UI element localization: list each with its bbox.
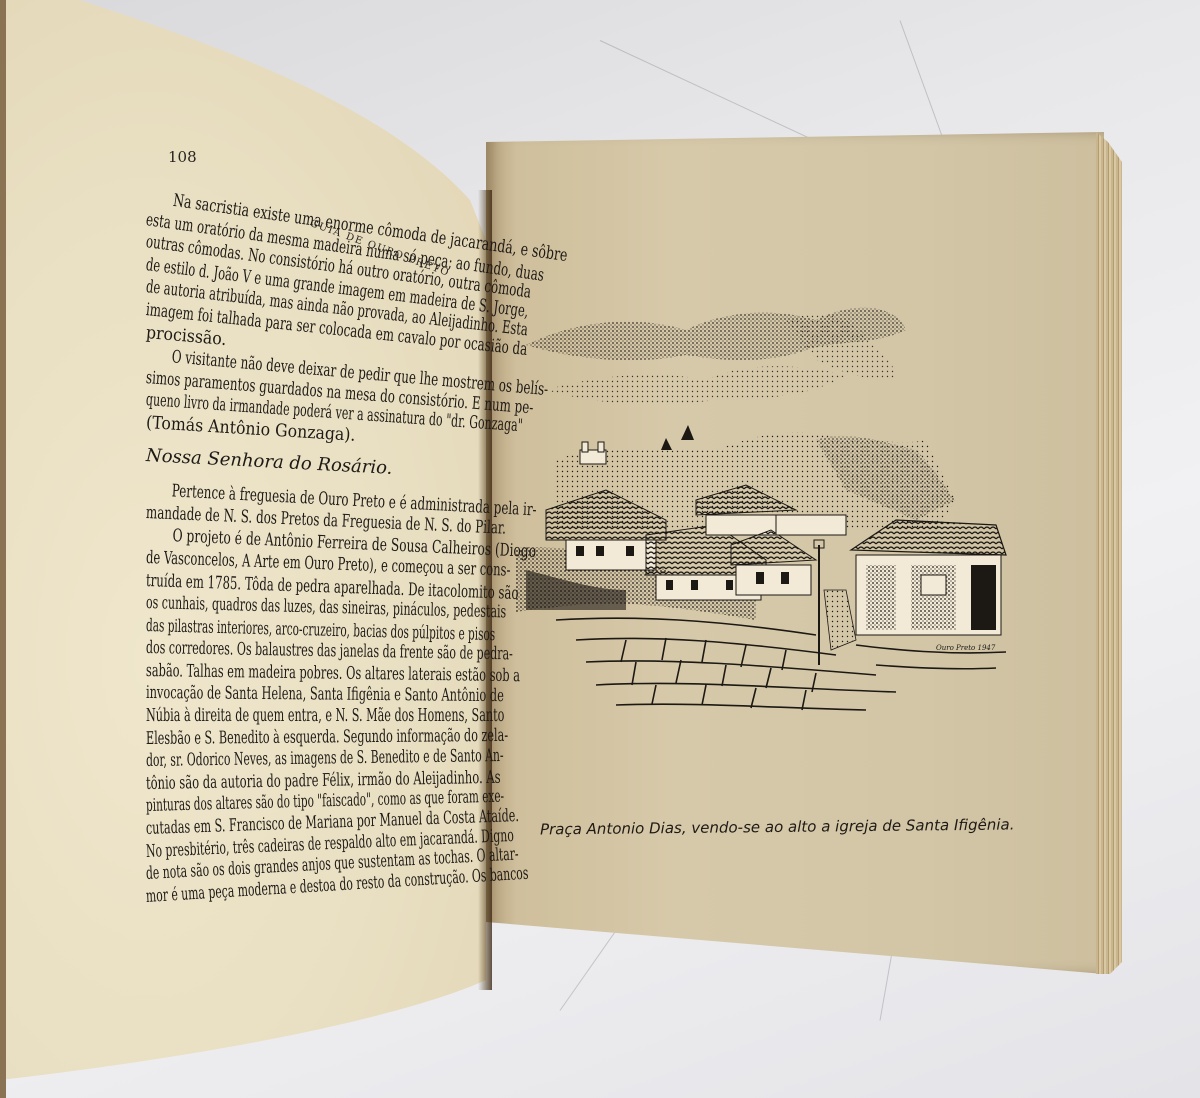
artist-signature: Ouro Preto 1947: [936, 644, 996, 652]
illustration-praca-antonio-dias: Ouro Preto 1947: [516, 290, 1016, 740]
left-page-body: Na sacristia existe uma enorme cômoda de…: [146, 186, 486, 908]
paragraph-projeto: O projeto é de Antônio Ferreira de Sousa…: [146, 524, 486, 908]
text-line: Núbia à direita de quem entra, e N. S. M…: [146, 705, 364, 728]
paragraph-pertence: Pertence à freguesia de Ouro Preto e é a…: [146, 479, 486, 524]
page-number: 108: [168, 148, 197, 166]
church-santa-ifigenia: [580, 442, 606, 464]
page-edges: [1096, 132, 1122, 974]
paragraph-sacristia: Na sacristia existe uma enorme cômoda de…: [146, 186, 486, 344]
surface-crease: [600, 40, 836, 151]
text-line: invocação de Santa Helena, Santa Ifigêni…: [146, 682, 367, 707]
clouds: [526, 308, 906, 405]
book-cover-edge: [0, 0, 6, 1098]
